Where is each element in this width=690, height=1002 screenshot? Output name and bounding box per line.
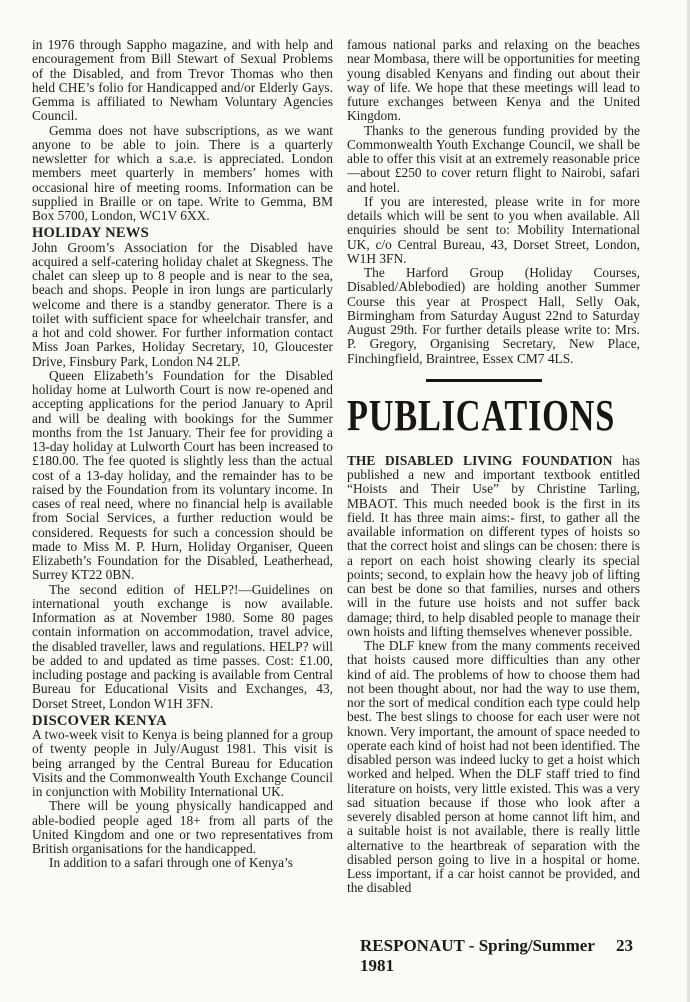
page-footer: RESPONAUT - Spring/Summer 1981 23 [360,936,633,976]
paragraph-john-groom: John Groom’s Association for the Disable… [32,241,333,369]
paragraph-dlf-comments: The DLF knew from the many comments rece… [347,639,640,896]
dlf-paragraph-body: has published a new and important textbo… [347,453,640,639]
paragraph-dlf-hoists: THE DISABLED LIVING FOUNDATION has publi… [347,454,640,639]
paragraph-kenya-people: There will be young physically handicapp… [32,799,333,856]
paragraph-kenya-safari: In addition to a safari through one of K… [32,856,333,870]
paragraph-help-guidelines: The second edition of HELP?!—Guidelines … [32,583,333,711]
left-column: in 1976 through Sappho magazine, and wit… [32,38,333,871]
publications-heading: PUBLICATIONS [347,394,576,438]
paragraph-kenya-parks: famous national parks and relaxing on th… [347,38,640,124]
dlf-bold-lead: THE DISABLED LIVING FOUNDATION [347,453,612,468]
paragraph-gemma-intro: in 1976 through Sappho magazine, and wit… [32,38,333,124]
page-number: 23 [616,936,633,956]
paragraph-kenya-enquiries: If you are interested, please write in f… [347,195,640,266]
journal-title: RESPONAUT - Spring/Summer 1981 [360,936,616,976]
section-divider-rule [426,379,542,382]
right-column: famous national parks and relaxing on th… [347,38,640,896]
magazine-page: in 1976 through Sappho magazine, and wit… [0,0,690,1002]
paragraph-harford-group: The Harford Group (Holiday Courses, Disa… [347,266,640,366]
paragraph-gemma-subscriptions: Gemma does not have subscriptions, as we… [32,124,333,224]
section-heading-discover-kenya: DISCOVER KENYA [32,714,333,728]
section-heading-holiday-news: HOLIDAY NEWS [32,226,333,240]
paragraph-kenya-funding: Thanks to the generous funding provided … [347,124,640,195]
paragraph-queen-elizabeth: Queen Elizabeth’s Foundation for the Dis… [32,369,333,583]
paragraph-kenya-intro: A two-week visit to Kenya is being plann… [32,728,333,799]
